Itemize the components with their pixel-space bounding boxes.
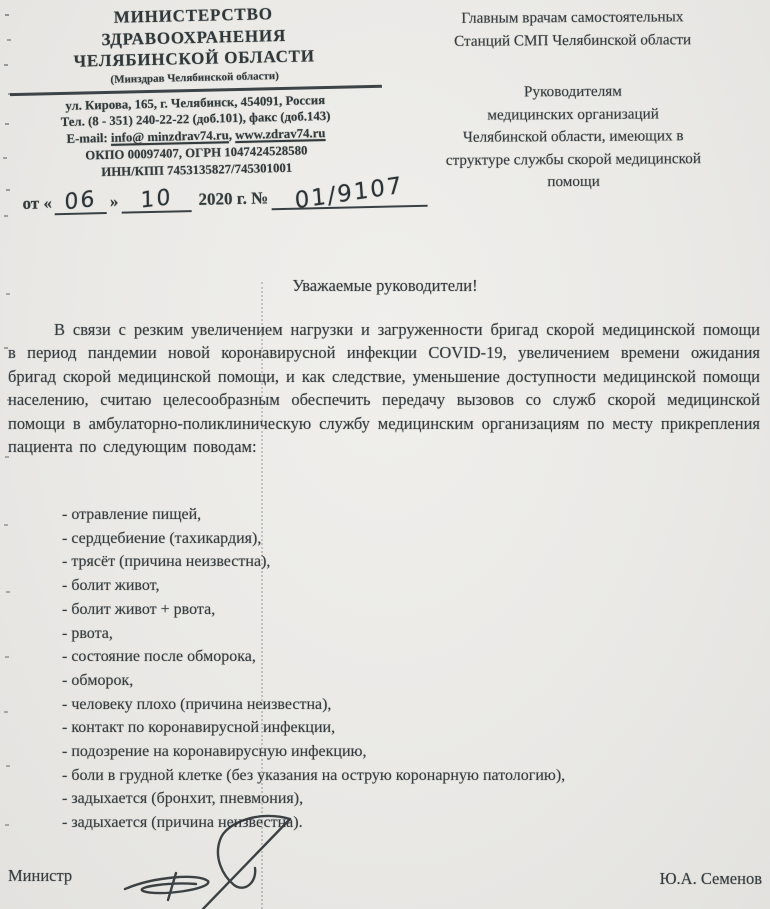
recipient-line: Руководителям: [384, 80, 762, 105]
recipient-line: Главным врачам самостоятельных: [383, 6, 761, 31]
email-label: E-mail:: [66, 131, 111, 146]
recipients-gap: [384, 51, 762, 83]
sender-letterhead: МИНИСТЕРСТВО ЗДРАВООХРАНЕНИЯ ЧЕЛЯБИНСКОЙ…: [6, 1, 385, 217]
handwritten-signature: [118, 812, 298, 909]
reason-item: - обморок,: [62, 669, 762, 693]
reason-item: - состояние после обморока,: [62, 645, 762, 669]
date-year-label: 2020 г. №: [198, 189, 268, 210]
sender-email: info@ minzdrav74.ru: [111, 128, 229, 145]
recipient-line: Челябинской области, имеющих в: [384, 125, 762, 150]
reason-item: - рвота,: [62, 622, 762, 646]
date-day-field: 06: [55, 190, 108, 215]
scan-edge-noise: [0, 0, 4, 2]
date-month-handwritten: 10: [140, 188, 172, 214]
date-close-quote: »: [110, 192, 119, 211]
signer-name: Ю.А. Семенов: [660, 869, 762, 889]
date-month-field: 10: [121, 189, 192, 215]
date-number-line: от «06»10 2020 г. №01/9107: [10, 183, 384, 216]
reason-item: - болит живот,: [62, 574, 762, 598]
reason-item: - человеку плохо (причина неизвестна),: [62, 693, 762, 717]
recipient-line: медицинских организаций: [384, 102, 762, 127]
reason-item: - задыхается (бронхит, пневмония),: [62, 787, 762, 811]
reason-item: - болит живот + рвота,: [62, 598, 762, 622]
reason-item: - сердцебиение (тахикардия),: [62, 527, 762, 551]
scanned-letter-page: МИНИСТЕРСТВО ЗДРАВООХРАНЕНИЯ ЧЕЛЯБИНСКОЙ…: [0, 0, 770, 909]
recipients-block: Главным врачам самостоятельных Станций С…: [383, 6, 762, 195]
signer-role: Министр: [8, 866, 72, 886]
recipient-line: Станций СМП Челябинской области: [384, 28, 762, 53]
date-day-handwritten: 06: [65, 189, 97, 215]
sender-contacts: ул. Кирова, 165, г. Челябинск, 454091, Р…: [8, 90, 384, 182]
recipient-line: структуре службы скорой медицинской: [384, 147, 762, 172]
reason-item: - контакт по коронавирусной инфекции,: [62, 716, 762, 740]
date-prefix: от «: [22, 194, 52, 214]
reason-item: - боли в грудной клетке (без указания на…: [62, 764, 762, 788]
reason-item: - подозрение на коронавирусную инфекцию,: [62, 740, 762, 764]
body-paragraph: В связи с резким увеличением нагрузки и …: [8, 318, 760, 458]
ministry-title: МИНИСТЕРСТВО ЗДРАВООХРАНЕНИЯ ЧЕЛЯБИНСКОЙ…: [6, 1, 381, 74]
recipient-line: помощи: [384, 170, 762, 195]
reasons-list: - отравление пищей, - сердцебиение (тахи…: [62, 503, 762, 835]
salutation: Уважаемые руководители!: [0, 276, 770, 296]
reason-item: - трясёт (причина неизвестна),: [62, 550, 762, 574]
sender-website: www.zdrav74.ru: [235, 126, 326, 142]
reason-item: - отравление пищей,: [62, 503, 762, 527]
